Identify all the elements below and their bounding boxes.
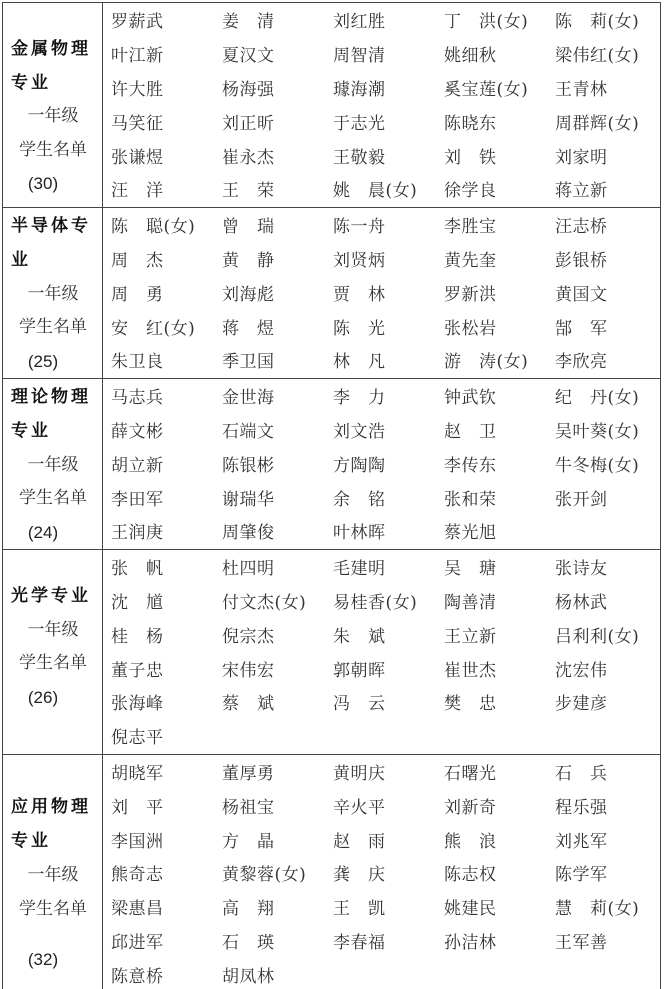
student-name: 薛文彬 (111, 417, 222, 442)
major-name-line1: 应用物理 (11, 791, 103, 824)
student-name: 方 晶 (222, 827, 333, 852)
grade-label: 一年级 (3, 859, 103, 892)
student-name: 倪宗杰 (222, 622, 333, 647)
student-name: 蔡 斌 (222, 689, 333, 714)
student-name: 杨祖宝 (222, 793, 333, 818)
student-name: 郜 军 (555, 314, 664, 339)
names-grid: 罗薪武姜 清刘红胜丁 洪(女)陈 莉(女)叶江新夏汉文周智清姚细秋梁伟红(女)许… (103, 3, 664, 207)
student-name: 周 杰 (111, 246, 222, 271)
student-name: 倪志平 (111, 723, 222, 748)
student-name: 梁伟红(女) (555, 41, 664, 66)
student-name: 贾 林 (333, 280, 444, 305)
list-label: 学生名单 (3, 647, 103, 680)
student-name: 赵 卫 (444, 417, 555, 442)
student-name: 胡凤林 (222, 962, 333, 987)
table-row: 陈意桥胡凤林 (111, 957, 664, 989)
student-name: 陈 莉(女) (555, 7, 664, 32)
table-row: 薛文彬石端文刘文浩赵 卫吴叶葵(女) (111, 413, 664, 447)
student-name: 李春福 (333, 928, 444, 953)
table-row: 朱卫良季卫国林 凡游 涛(女)李欣亮 (111, 343, 664, 377)
student-name: 钟武钦 (444, 383, 555, 408)
student-name: 马志兵 (111, 383, 222, 408)
student-name: 丁 洪(女) (444, 7, 555, 32)
names-grid: 张 帆杜四明毛建明吴 瑭张诗友沈 馗付文杰(女)易桂香(女)陶善清杨林武桂 杨倪… (103, 550, 664, 754)
names-grid: 马志兵金世海李 力钟武钦纪 丹(女)薛文彬石端文刘文浩赵 卫吴叶葵(女)胡立新陈… (103, 379, 664, 549)
major-name-line1: 光学专业 (11, 580, 103, 613)
student-name: 熊奇志 (111, 860, 222, 885)
table-row: 许大胜杨海强璩海潮奚宝莲(女)王青林 (111, 71, 664, 105)
student-name: 石端文 (222, 417, 333, 442)
student-name: 吴 瑭 (444, 554, 555, 579)
major-label-cell: 金属物理专业一年级学生名单(30) (3, 3, 103, 207)
student-name: 陈银彬 (222, 451, 333, 476)
major-section: 光学专业一年级学生名单(26)张 帆杜四明毛建明吴 瑭张诗友沈 馗付文杰(女)易… (3, 549, 660, 754)
student-name: 李田军 (111, 485, 222, 510)
student-name: 赵 雨 (333, 827, 444, 852)
major-name-line2: 专业 (11, 825, 103, 858)
table-row: 沈 馗付文杰(女)易桂香(女)陶善清杨林武 (111, 584, 664, 618)
student-name: 陈志权 (444, 860, 555, 885)
student-name: 石 兵 (555, 759, 664, 784)
student-count: (32) (3, 943, 83, 976)
student-name: 高 翔 (222, 894, 333, 919)
student-name: 杨林武 (555, 588, 664, 613)
major-name-line1: 金属物理 (11, 33, 103, 66)
student-name: 胡晓军 (111, 759, 222, 784)
student-name: 姚细秋 (444, 41, 555, 66)
student-name: 陈一舟 (333, 212, 444, 237)
student-name: 周肇俊 (222, 518, 333, 543)
student-name: 于志光 (333, 109, 444, 134)
student-name: 蒋 煜 (222, 314, 333, 339)
student-name: 张海峰 (111, 689, 222, 714)
student-name: 叶林晖 (333, 518, 444, 543)
major-section: 理论物理专业一年级学生名单(24)马志兵金世海李 力钟武钦纪 丹(女)薛文彬石端… (3, 378, 660, 549)
student-name: 马笑征 (111, 109, 222, 134)
table-row: 罗薪武姜 清刘红胜丁 洪(女)陈 莉(女) (111, 3, 664, 37)
student-name: 黄先奎 (444, 246, 555, 271)
list-label: 学生名单 (3, 134, 103, 167)
student-name: 刘文浩 (333, 417, 444, 442)
major-label-cell: 光学专业一年级学生名单(26) (3, 550, 103, 754)
student-name: 石曙光 (444, 759, 555, 784)
student-name: 崔永杰 (222, 143, 333, 168)
student-name: 黄明庆 (333, 759, 444, 784)
student-name: 董子忠 (111, 656, 222, 681)
student-name: 李胜宝 (444, 212, 555, 237)
student-name: 辛火平 (333, 793, 444, 818)
table-row: 马笑征刘正昕于志光陈晓东周群辉(女) (111, 104, 664, 138)
student-name: 璩海潮 (333, 75, 444, 100)
major-name-line2: 专业 (11, 67, 103, 100)
student-name: 徐学良 (444, 176, 555, 201)
table-row: 张海峰蔡 斌冯 云樊 忠步建彦 (111, 685, 664, 719)
student-name: 陈 光 (333, 314, 444, 339)
student-name: 吕利利(女) (555, 622, 664, 647)
student-name: 刘海彪 (222, 280, 333, 305)
student-name: 陈 聪(女) (111, 212, 222, 237)
student-name: 刘 平 (111, 793, 222, 818)
table-row: 倪志平 (111, 719, 664, 753)
student-name: 王立新 (444, 622, 555, 647)
student-count: (26) (3, 681, 83, 714)
student-name: 奚宝莲(女) (444, 75, 555, 100)
student-name: 刘家明 (555, 143, 664, 168)
table-row: 张 帆杜四明毛建明吴 瑭张诗友 (111, 550, 664, 584)
student-name: 汪志桥 (555, 212, 664, 237)
student-name: 李国洲 (111, 827, 222, 852)
student-name: 宋伟宏 (222, 656, 333, 681)
student-name: 胡立新 (111, 451, 222, 476)
student-name: 张松岩 (444, 314, 555, 339)
student-name: 许大胜 (111, 75, 222, 100)
names-grid: 胡晓军董厚勇黄明庆石曙光石 兵刘 平杨祖宝辛火平刘新奇程乐强李国洲方 晶赵 雨熊… (103, 755, 664, 989)
table-row: 刘 平杨祖宝辛火平刘新奇程乐强 (111, 788, 664, 822)
student-name: 周 勇 (111, 280, 222, 305)
major-section: 应用物理专业一年级学生名单(32)胡晓军董厚勇黄明庆石曙光石 兵刘 平杨祖宝辛火… (3, 754, 660, 989)
student-name: 陶善清 (444, 588, 555, 613)
table-row: 梁惠昌高 翔王 凯姚建民慧 莉(女) (111, 890, 664, 924)
student-name: 朱卫良 (111, 347, 222, 372)
student-name: 王润庚 (111, 518, 222, 543)
table-row: 胡晓军董厚勇黄明庆石曙光石 兵 (111, 755, 664, 789)
student-name: 张谦煜 (111, 143, 222, 168)
student-name: 金世海 (222, 383, 333, 408)
student-name: 步建彦 (555, 689, 664, 714)
student-name: 方陶陶 (333, 451, 444, 476)
student-name: 邱进军 (111, 928, 222, 953)
student-name: 罗新洪 (444, 280, 555, 305)
student-name: 彭银桥 (555, 246, 664, 271)
table-row: 邱进军石 瑛李春福孙洁林王军善 (111, 924, 664, 958)
student-name: 张 帆 (111, 554, 222, 579)
student-name: 李 力 (333, 383, 444, 408)
student-name: 朱 斌 (333, 622, 444, 647)
student-name: 姚 晨(女) (333, 176, 444, 201)
student-name: 姚建民 (444, 894, 555, 919)
student-name: 游 涛(女) (444, 347, 555, 372)
student-name: 沈宏伟 (555, 656, 664, 681)
student-name: 刘正昕 (222, 109, 333, 134)
major-label-cell: 应用物理专业一年级学生名单(32) (3, 755, 103, 989)
student-name: 孙洁林 (444, 928, 555, 953)
student-name: 李欣亮 (555, 347, 664, 372)
student-name: 余 铭 (333, 485, 444, 510)
student-name: 梁惠昌 (111, 894, 222, 919)
table-row: 安 红(女)蒋 煜陈 光张松岩郜 军 (111, 309, 664, 343)
student-name: 董厚勇 (222, 759, 333, 784)
student-name: 吴叶葵(女) (555, 417, 664, 442)
student-name: 纪 丹(女) (555, 383, 664, 408)
student-name: 李传东 (444, 451, 555, 476)
student-name: 易桂香(女) (333, 588, 444, 613)
student-name: 陈学军 (555, 860, 664, 885)
table-row: 叶江新夏汉文周智清姚细秋梁伟红(女) (111, 37, 664, 71)
student-count: (24) (3, 516, 83, 549)
table-row: 李田军谢瑞华余 铭张和荣张开剑 (111, 480, 664, 514)
student-name: 杜四明 (222, 554, 333, 579)
student-name: 郭朝晖 (333, 656, 444, 681)
student-name: 毛建明 (333, 554, 444, 579)
student-name: 陈晓东 (444, 109, 555, 134)
student-name: 叶江新 (111, 41, 222, 66)
grade-label: 一年级 (3, 449, 103, 482)
table-row: 胡立新陈银彬方陶陶李传东牛冬梅(女) (111, 446, 664, 480)
table-row: 陈 聪(女)曾 瑞陈一舟李胜宝汪志桥 (111, 208, 664, 242)
student-name: 熊 浪 (444, 827, 555, 852)
student-name: 刘 铁 (444, 143, 555, 168)
student-name: 王 凯 (333, 894, 444, 919)
student-name: 刘贤炳 (333, 246, 444, 271)
major-label-cell: 半导体专业一年级学生名单(25) (3, 208, 103, 378)
student-name: 安 红(女) (111, 314, 222, 339)
student-name: 周群辉(女) (555, 109, 664, 134)
student-count: (30) (3, 167, 83, 200)
student-name: 黄黎蓉(女) (222, 860, 333, 885)
table-row: 张谦煜崔永杰王敬毅刘 铁刘家明 (111, 138, 664, 172)
list-label: 学生名单 (3, 893, 103, 926)
student-name: 程乐强 (555, 793, 664, 818)
student-name: 刘红胜 (333, 7, 444, 32)
list-label: 学生名单 (3, 311, 103, 344)
table-row: 汪 洋王 荣姚 晨(女)徐学良蒋立新 (111, 172, 664, 206)
student-name: 慧 莉(女) (555, 894, 664, 919)
major-name-line2: 业 (11, 244, 103, 277)
student-name: 沈 馗 (111, 588, 222, 613)
student-name: 张诗友 (555, 554, 664, 579)
grade-label: 一年级 (3, 614, 103, 647)
table-row: 王润庚周肇俊叶林晖蔡光旭 (111, 514, 664, 548)
student-name: 张和荣 (444, 485, 555, 510)
student-roster-table: 金属物理专业一年级学生名单(30)罗薪武姜 清刘红胜丁 洪(女)陈 莉(女)叶江… (2, 2, 661, 989)
student-name: 崔世杰 (444, 656, 555, 681)
student-name: 王军善 (555, 928, 664, 953)
student-name: 龚 庆 (333, 860, 444, 885)
student-name: 夏汉文 (222, 41, 333, 66)
table-row: 周 杰黄 静刘贤炳黄先奎彭银桥 (111, 242, 664, 276)
student-name: 蔡光旭 (444, 518, 555, 543)
major-name-line1: 理论物理 (11, 381, 103, 414)
student-name: 冯 云 (333, 689, 444, 714)
student-name: 谢瑞华 (222, 485, 333, 510)
table-row: 周 勇刘海彪贾 林罗新洪黄国文 (111, 275, 664, 309)
student-name: 王青林 (555, 75, 664, 100)
major-label-cell: 理论物理专业一年级学生名单(24) (3, 379, 103, 549)
major-name-line2: 专业 (11, 415, 103, 448)
student-name: 付文杰(女) (222, 588, 333, 613)
student-name: 黄 静 (222, 246, 333, 271)
list-label: 学生名单 (3, 482, 103, 515)
table-row: 熊奇志黄黎蓉(女)龚 庆陈志权陈学军 (111, 856, 664, 890)
student-name: 汪 洋 (111, 176, 222, 201)
student-name: 蒋立新 (555, 176, 664, 201)
student-name: 刘兆军 (555, 827, 664, 852)
names-grid: 陈 聪(女)曾 瑞陈一舟李胜宝汪志桥周 杰黄 静刘贤炳黄先奎彭银桥周 勇刘海彪贾… (103, 208, 664, 378)
table-row: 李国洲方 晶赵 雨熊 浪刘兆军 (111, 822, 664, 856)
student-name: 石 瑛 (222, 928, 333, 953)
student-name: 周智清 (333, 41, 444, 66)
table-row: 董子忠宋伟宏郭朝晖崔世杰沈宏伟 (111, 651, 664, 685)
student-name: 张开剑 (555, 485, 664, 510)
student-name: 王敬毅 (333, 143, 444, 168)
student-name: 季卫国 (222, 347, 333, 372)
major-name-line1: 半导体专 (11, 210, 103, 243)
major-section: 半导体专业一年级学生名单(25)陈 聪(女)曾 瑞陈一舟李胜宝汪志桥周 杰黄 静… (3, 207, 660, 378)
student-name: 牛冬梅(女) (555, 451, 664, 476)
student-name: 刘新奇 (444, 793, 555, 818)
table-row: 桂 杨倪宗杰朱 斌王立新吕利利(女) (111, 617, 664, 651)
grade-label: 一年级 (3, 100, 103, 133)
student-name: 罗薪武 (111, 7, 222, 32)
student-count: (25) (3, 345, 83, 378)
student-name: 陈意桥 (111, 962, 222, 987)
student-name: 王 荣 (222, 176, 333, 201)
major-section: 金属物理专业一年级学生名单(30)罗薪武姜 清刘红胜丁 洪(女)陈 莉(女)叶江… (3, 3, 660, 207)
student-name: 杨海强 (222, 75, 333, 100)
student-name: 姜 清 (222, 7, 333, 32)
student-name: 桂 杨 (111, 622, 222, 647)
grade-label: 一年级 (3, 278, 103, 311)
table-row: 马志兵金世海李 力钟武钦纪 丹(女) (111, 379, 664, 413)
student-name: 林 凡 (333, 347, 444, 372)
student-name: 曾 瑞 (222, 212, 333, 237)
student-name: 樊 忠 (444, 689, 555, 714)
student-name: 黄国文 (555, 280, 664, 305)
